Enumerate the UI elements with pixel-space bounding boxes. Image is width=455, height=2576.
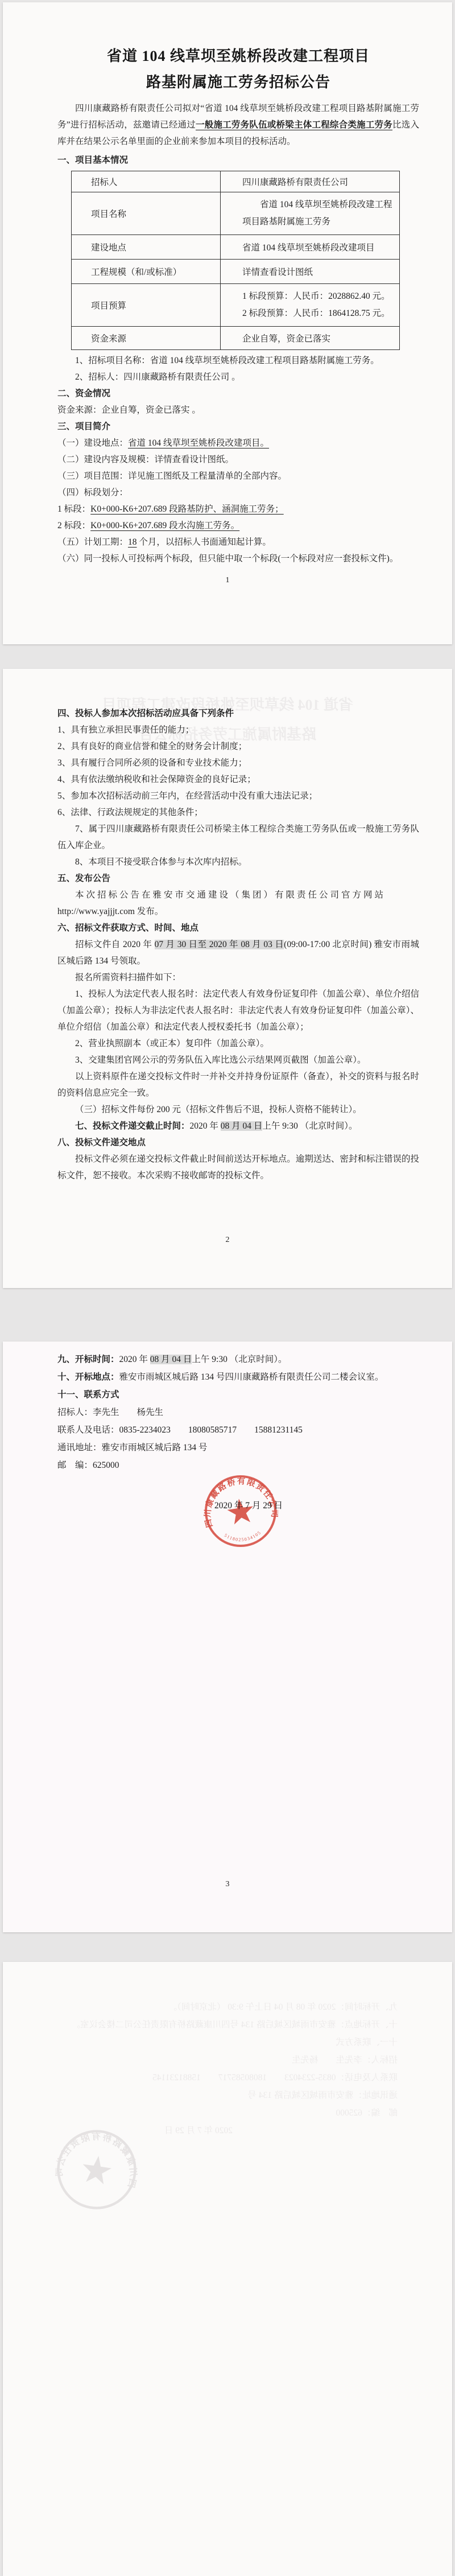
company-red-stamp: 四川康藏路桥有限责任公司 5118025034105 [203,1474,278,1552]
opening-place-label: 十、开标地点： [57,1372,119,1382]
condition-3: 3、具有履行合同所必须的设备和专业技术能力； [57,755,419,771]
deadline-label: 七、投标文件递交截止时间： [75,1121,190,1131]
table-row-project-name: 项目名称 省道 104 线草坝至姚桥段改建工程项目路基附属施工劳务 [72,192,400,235]
schedule-months: 18 [128,537,137,547]
lot1-label: 1 标段： [57,504,90,514]
bleed-line: 十一、联系方式 [53,2034,398,2051]
lot-division-heading: （四）标段划分： [57,484,419,501]
bleed-through-text-block: 九、开标时间：2020 年 08 月 04 日上午 9:30 （北京时间）。 十… [53,1998,398,2139]
bleed-stamp-company-text: 四川康藏路桥有限责任公司 [55,2128,138,2190]
bleed-stamp-star [80,2154,113,2185]
page1-number: 1 [3,576,452,585]
table-row-bidder: 招标人 四川康藏路桥有限责任公司 [72,171,400,192]
table-row-scale: 工程规模（和/或标准） 详情查看设计图纸 [72,260,400,284]
row-value-bidder: 四川康藏路桥有限责任公司 [221,171,400,192]
intro-paragraph: 四川康藏路桥有限责任公司拟对“省道 104 线草坝至姚桥段改建工程项目路基附属施… [57,100,419,150]
section8-heading: 八、投标文件递交地点 [57,1134,419,1151]
condition-7: 7、属于四川康藏路桥有限责任公司桥梁主体工程综合类施工劳务队伍或一般施工劳务队伍… [57,821,419,854]
bleed-line: 邮 编：625000 [53,2104,398,2122]
bleed-through-stamp: 四川康藏路桥有限责任公司 [55,2128,138,2214]
deadline-date: 08 月 04 日 [221,1121,263,1131]
submission-rules-paragraph: 投标文件必须在递交投标文件截止时间前送达开标地点。逾期送达、密封和标注错误的投标… [57,1151,419,1184]
submission-deadline-line: 七、投标文件递交截止时间：2020 年 08 月 04 日上午 9:30 （北京… [57,1118,419,1134]
document-page-4-blank-back: 九、开标时间：2020 年 08 月 04 日上午 9:30 （北京时间）。 十… [3,1962,452,2576]
page2-number: 2 [3,1236,452,1245]
contact-phone-line: 联系人及电话：0835-2234023 18080585717 15881231… [57,1421,419,1439]
project-info-table: 招标人 四川康藏路桥有限责任公司 项目名称 省道 104 线草坝至姚桥段改建工程… [71,171,400,350]
document-acquire-line: 招标文件自 2020 年 07 月 30 日至 2020 年 08 月 03 日… [57,936,419,969]
signature-date: 2020 年 7 月 29 日 [214,1499,283,1511]
lot2-label: 2 标段： [57,521,90,530]
condition-4: 4、具有依法缴纳税收和社会保障资金的良好记录； [57,771,419,788]
deadline-post: 上午 9:30 （北京时间）。 [262,1121,357,1131]
lot1-description: K0+000-K6+207.689 段路基防护、涵洞施工劳务； [90,504,284,514]
row-label-project-name: 项目名称 [72,192,221,235]
opening-place-value: 雅安市雨城区城后路 134 号四川康藏路桥有限责任公司二楼会议室。 [119,1372,384,1382]
row-value-funding: 企业自筹，资金已落实 [221,327,400,350]
acquire-date-range: 07 月 30 日至 2020 年 08 月 03 日 [155,940,284,949]
section5-heading: 五、发布公告 [57,870,419,887]
project-location-value: 省道 104 线草坝至姚桥段改建项目。 [128,438,269,448]
opening-time-line: 九、开标时间：2020 年 08 月 04 日上午 9:30 （北京时间）。 [57,1351,419,1368]
budget-lot2: 2 标段预算：人民币：1864128.75 元。 [242,305,392,322]
row-value-project-name: 省道 104 线草坝至姚桥段改建工程项目路基附属施工劳务 [221,192,400,235]
row-value-budget: 1 标段预算：人民币：2028862.40 元。 2 标段预算：人民币：1864… [221,284,400,327]
section4-heading: 四、投标人参加本次招标活动应具备下列条件 [57,705,419,722]
opening-time-label: 九、开标时间： [57,1355,119,1364]
lot1-line: 1 标段：K0+000-K6+207.689 段路基防护、涵洞施工劳务； [57,501,419,517]
funding-source-line: 资金来源：企业自筹，资金已落实 。 [57,402,419,418]
contact-postcode-line: 邮 编：625000 [57,1456,419,1474]
row-label-scale: 工程规模（和/或标准） [72,260,221,284]
registration-doc-3: 3、交建集团官网公示的劳务队伍入库比选公示结果网页截图（加盖公章）。 [57,1052,419,1068]
schedule-label: （五）计划工期： [57,537,128,547]
row-value-scale: 详情查看设计图纸 [221,260,400,284]
budget-lot1: 1 标段预算：人民币：2028862.40 元。 [242,288,392,305]
announcement-line2: http://www.yajjjt.com 发布。 [57,903,419,920]
opening-time-date: 08 月 04 日 [150,1355,192,1364]
scanned-tender-announcement: { "doc": { "title_line1": "省道 104 线草坝至姚桥… [0,0,455,2576]
announcement-line1: 本次招标公告在雅安市交通建设（集团）有限责任公司官方网站 [57,887,419,903]
condition-2: 2、具有良好的商业信誉和健全的财务会计制度； [57,738,419,755]
page3-number: 3 [3,1880,452,1889]
acquire-pre: 招标文件自 2020 年 [75,940,155,949]
table-row-budget: 项目预算 1 标段预算：人民币：2028862.40 元。 2 标段预算：人民币… [72,284,400,327]
bleed-line: 招标人：李先生 杨先生 [53,2051,398,2069]
condition-6: 6、法律、行政法规规定的其他条件； [57,804,419,821]
registration-doc-1: 1、投标人为法定代表人报名时：法定代表人有效身份证复印件（加盖公章）、单位介绍信… [57,986,419,1035]
bleed-line: 十、开标地点：雅安市雨城区城后路 134 号四川康藏路桥有限责任公司二楼会议室。 [53,2016,398,2034]
registration-docs-note: 以上资料原件在递交投标文件时一并补交并持身份证原件（备查），补交的资料与报名时的… [57,1068,419,1101]
opening-time-post: 上午 9:30 （北京时间）。 [192,1355,287,1364]
note-project-name: 1、招标项目名称：省道 104 线草坝至姚桥段改建工程项目路基附属施工劳务。 [57,352,419,369]
section6-heading: 六、招标文件获取方式、时间、地点 [57,920,419,936]
intro-text-emphasis: 一般施工劳务队伍或桥梁主体工程综合类施工劳务 [196,120,392,130]
condition-5: 5、参加本次招标活动前三年内，在经营活动中没有重大违法记录； [57,788,419,804]
deadline-pre: 2020 年 [190,1121,221,1131]
row-label-location: 建设地点 [72,235,221,260]
schedule-post: 个月，以招标人书面通知起计算。 [137,537,271,547]
document-page-3: 九、开标时间：2020 年 08 月 04 日上午 9:30 （北京时间）。 十… [3,1342,452,1932]
lot2-line: 2 标段：K0+000-K6+207.689 段水沟施工劳务。 [57,517,419,534]
contact-address-line: 通讯地址：雅安市雨城区城后路 134 号 [57,1439,419,1456]
registration-docs-intro: 报名所需资料扫描件如下： [57,969,419,986]
bleed-stamp-graphic: 四川康藏路桥有限责任公司 [55,2128,138,2211]
row-label-bidder: 招标人 [72,171,221,192]
bleed-line: 通讯地址：雅安市雨城区城后路 134 号 [53,2087,398,2104]
multi-lot-rule-line: （六）同一投标人可投标两个标段，但只能中取一个标段(一个标段对应一套投标文件)。 [57,550,419,567]
document-title-line2: 路基附属施工劳务招标公告 [57,69,419,96]
section1-heading: 一、项目基本情况 [57,152,419,168]
project-location-label: （一）建设地点： [57,438,128,448]
opening-time-pre: 2020 年 [119,1355,150,1364]
section11-heading: 十一、联系方式 [57,1386,419,1404]
project-scope-line: （三）项目范围：详见施工图纸及工程量清单的全部内容。 [57,468,419,484]
row-value-location: 省道 104 线草坝至姚桥段改建项目 [221,235,400,260]
document-page-1: 省道 104 线草坝至姚桥段改建工程项目 路基附属施工劳务招标公告 四川康藏路桥… [3,2,452,644]
bleed-line: 九、开标时间：2020 年 08 月 04 日上午 9:30 （北京时间）。 [53,1998,398,2016]
project-location-line: （一）建设地点：省道 104 线草坝至姚桥段改建项目。 [57,435,419,451]
condition-8: 8、本项目不接受联合体参与本次库内招标。 [57,854,419,870]
project-content-line: （二）建设内容及规模：详情查看设计图纸。 [57,451,419,468]
document-title-line1: 省道 104 线草坝至姚桥段改建工程项目 [57,43,419,69]
table-row-funding: 资金来源 企业自筹，资金已落实 [72,327,400,350]
condition-1: 1、具有独立承担民事责任的能力； [57,722,419,738]
table-row-location: 建设地点 省道 104 线草坝至姚桥段改建项目 [72,235,400,260]
row-label-funding: 资金来源 [72,327,221,350]
section2-heading: 二、资金情况 [57,385,419,402]
schedule-line: （五）计划工期：18 个月，以招标人书面通知起计算。 [57,534,419,550]
registration-doc-2: 2、营业执照副本（或正本）复印件（加盖公章）。 [57,1035,419,1052]
svg-text:四川康藏路桥有限责任公司: 四川康藏路桥有限责任公司 [55,2128,138,2190]
lot2-description: K0+000-K6+207.689 段水沟施工劳务。 [90,521,239,530]
document-fee-line: （三）招标文件每份 200 元（招标文件售后不退，投标人资格不能转让）。 [57,1101,419,1118]
row-label-budget: 项目预算 [72,284,221,327]
section3-heading: 三、项目简介 [57,418,419,435]
bleed-line: 联系人及电话：0835-2234023 18080585717 15881231… [53,2069,398,2087]
stamp-graphic: 四川康藏路桥有限责任公司 5118025034105 [203,1474,278,1549]
document-page-2: 省道 104 线草坝至姚桥段改建工程项目 路基附属施工劳务招标公告 四、投标人参… [3,669,452,1288]
project-name-text: 省道 104 线草坝至姚桥段改建工程项目路基附属施工劳务 [242,196,392,231]
note-bidder: 2、招标人：四川康藏路桥有限责任公司 。 [57,369,419,385]
opening-place-line: 十、开标地点：雅安市雨城区城后路 134 号四川康藏路桥有限责任公司二楼会议室。 [57,1368,419,1386]
contact-person-line: 招标人：李先生 杨先生 [57,1404,419,1421]
